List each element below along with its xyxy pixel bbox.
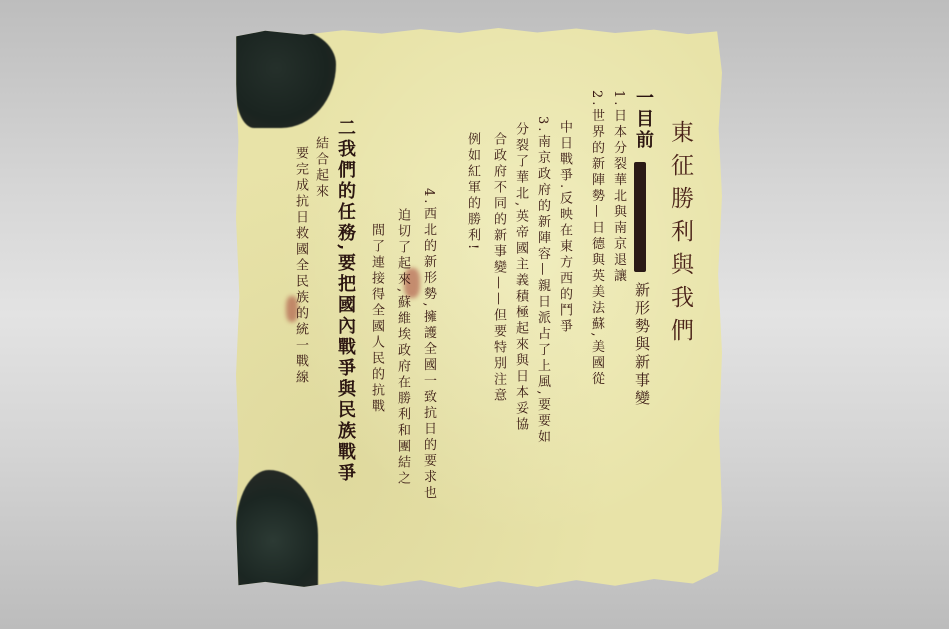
text-column: 要完成抗日救國全民族的統一戰線 <box>294 146 307 386</box>
text-column: 1.日本分裂華北與南京退讓 <box>612 90 625 284</box>
text-column: 分裂了華北,英帝國主義積極起來與日本妥協 <box>514 122 527 433</box>
text-column: 中日戰爭.反映在東方西的鬥爭 <box>558 120 571 335</box>
text-column: 合政府不同的新事變——但要特別注意 <box>492 132 505 404</box>
text-column: 3.南京政府的新陣容—親日派占了上風,要要如 <box>536 116 549 446</box>
text-column: 2.世界的新陣勢—日德與英美法蘇,美國從 <box>590 90 603 388</box>
manuscript-paper: 東征勝利與我們 一目前 新形勢與新事變 1.日本分裂華北與南京退讓 2.世界的新… <box>236 28 722 588</box>
text-column: 迫切了起來,蘇維埃政府在勝利和團結之 <box>396 208 409 487</box>
text-column: 例如紅軍的勝利! <box>466 132 479 252</box>
text-column: 4.西北的新形勢,擁護全國一致抗日的要求也 <box>422 188 435 502</box>
section-one-heading: 一目前 <box>634 88 652 151</box>
section-two-heading: 二我們的任務,要把國內戰爭與民族戰爭 <box>336 118 354 484</box>
text-column: 結合起來 <box>314 136 327 200</box>
text-columns: 東征勝利與我們 一目前 新形勢與新事變 1.日本分裂華北與南京退讓 2.世界的新… <box>236 28 722 588</box>
manuscript-title: 東征勝利與我們 <box>668 120 691 351</box>
section-one-subtitle: 新形勢與新事變 <box>634 282 649 408</box>
text-column: 間了連接得全國人民的抗戰 <box>370 223 383 415</box>
